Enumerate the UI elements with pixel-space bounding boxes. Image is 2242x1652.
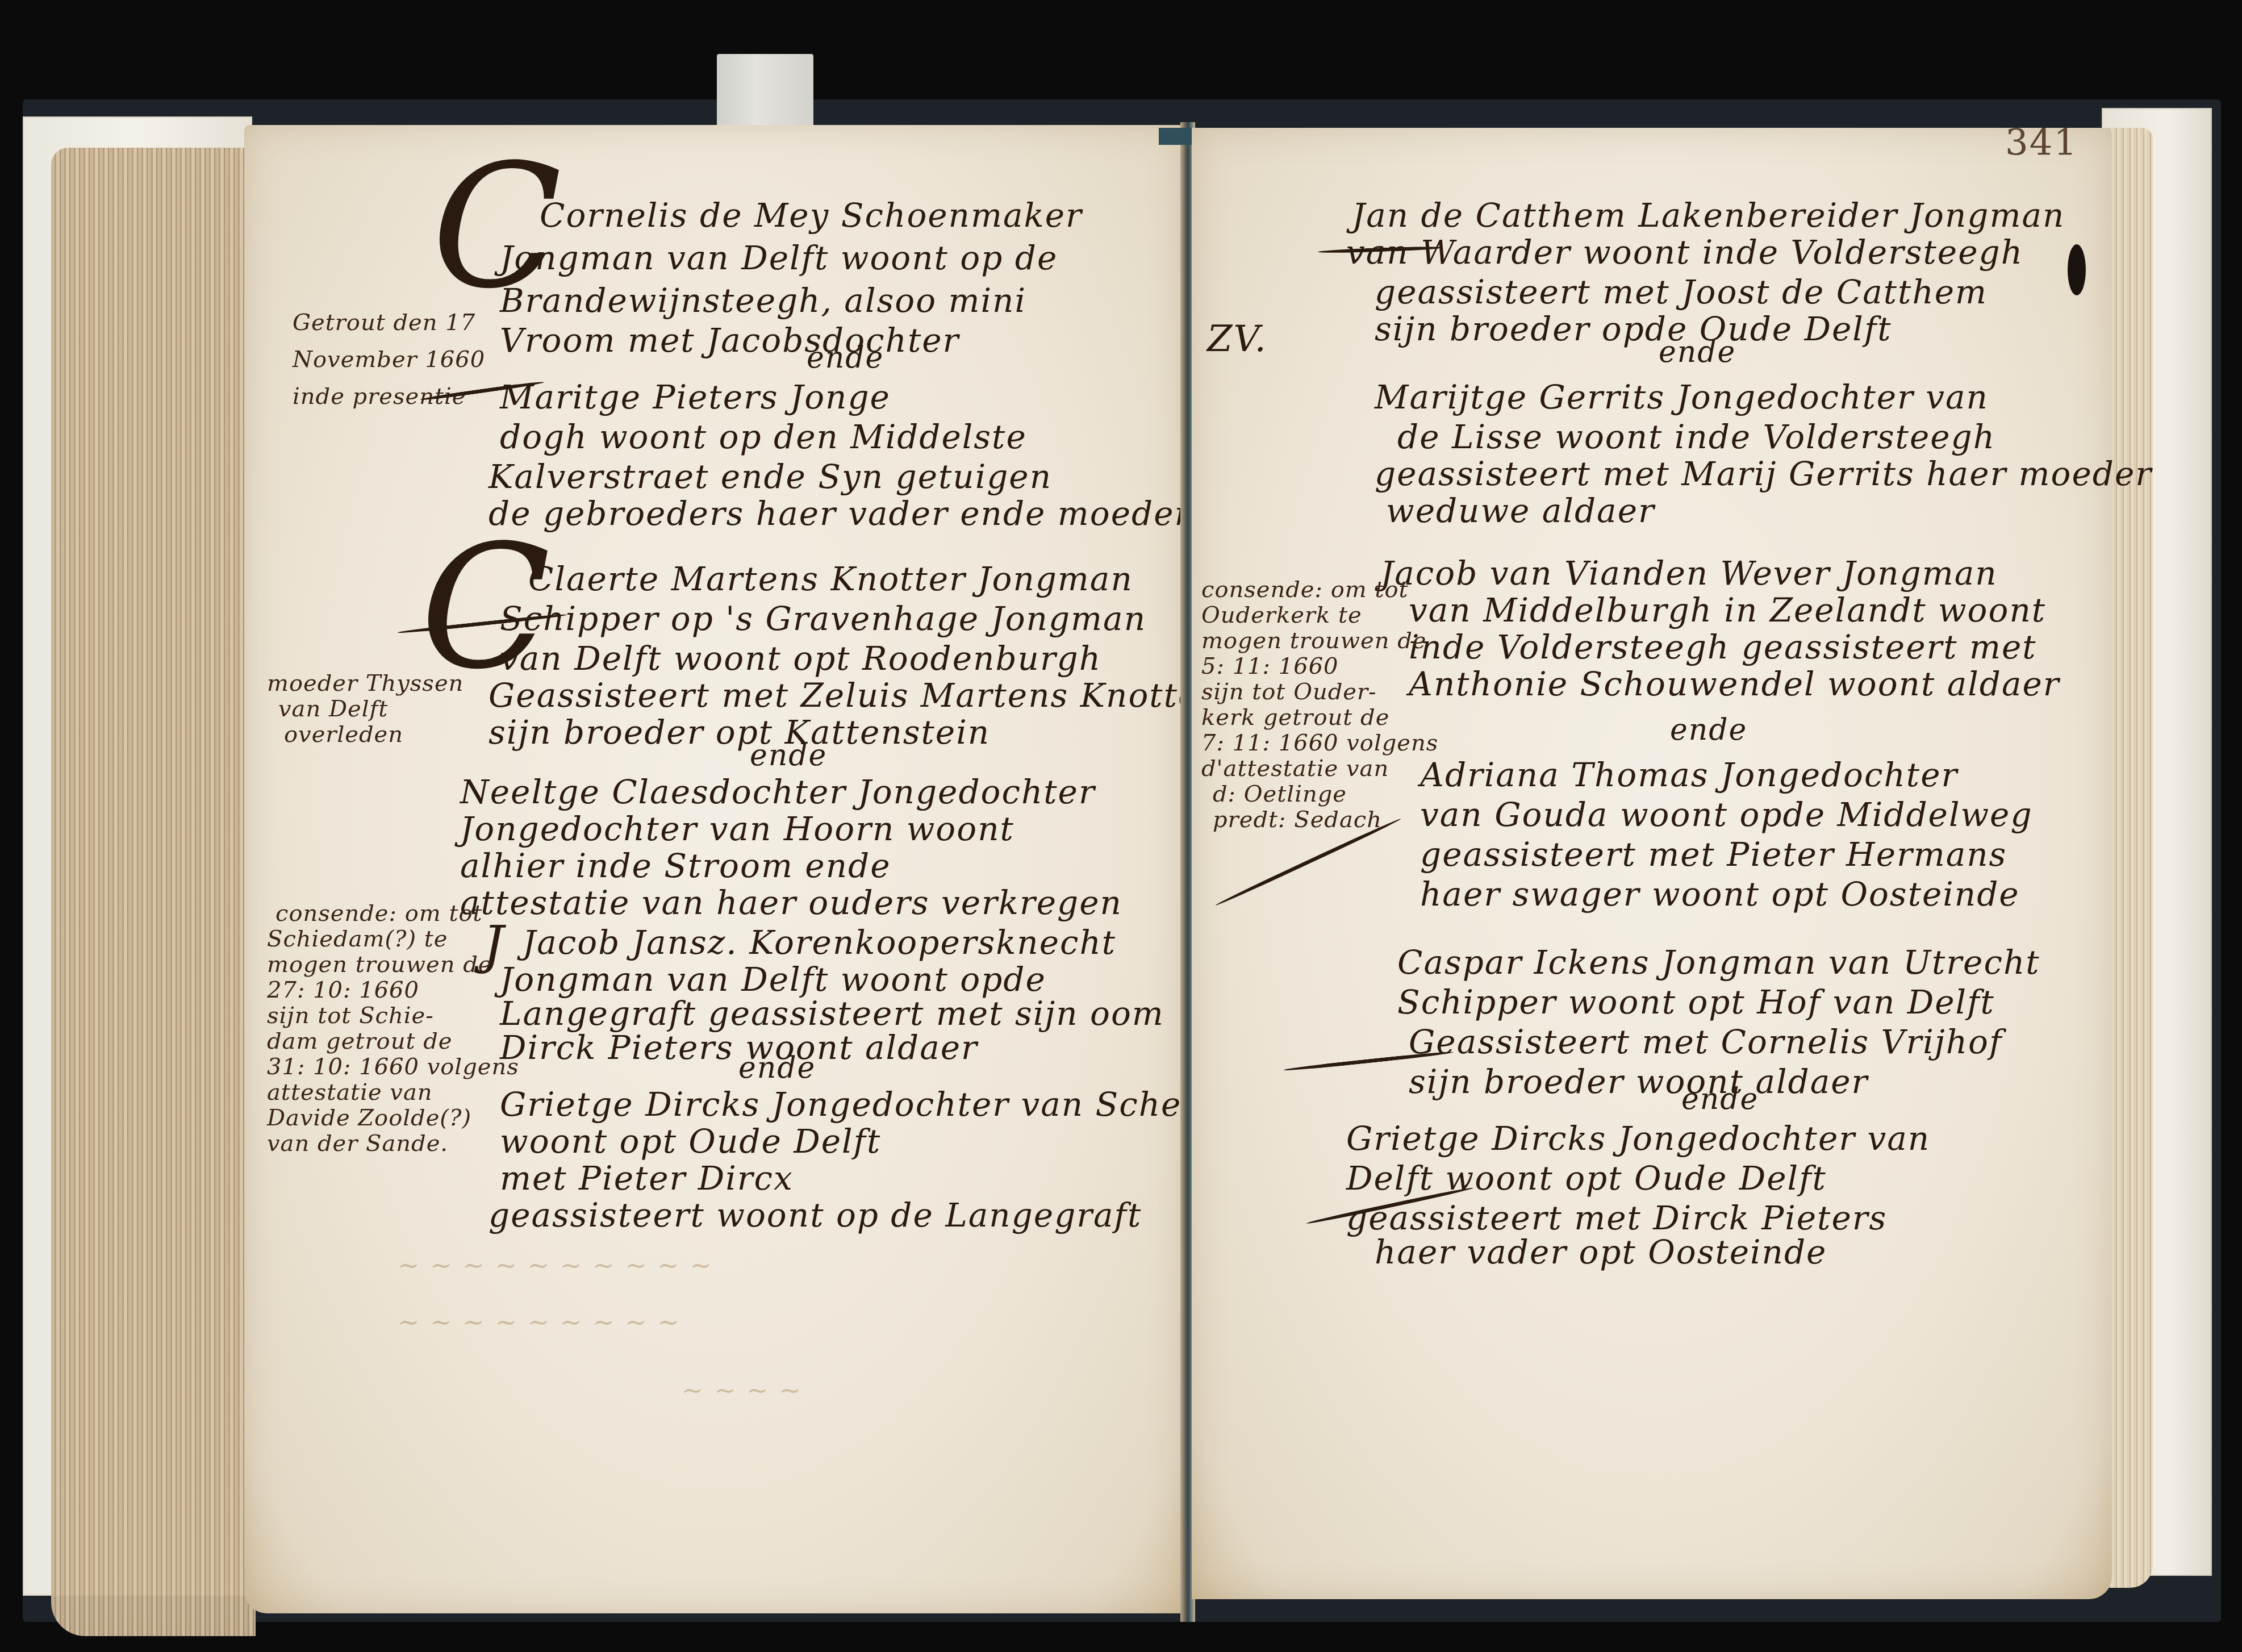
margin-note: mogen trouwen de bbox=[1201, 628, 1426, 654]
margin-note: 27: 10: 1660 bbox=[267, 977, 419, 1003]
entry-line: Geassisteert met Cornelis Vrijhof bbox=[1409, 1023, 2002, 1061]
bleed-through-text: ~ ~ ~ ~ ~ ~ ~ ~ ~ ~ bbox=[398, 1250, 713, 1280]
entry-line: van Waarder woont inde Voldersteegh bbox=[1346, 233, 2023, 272]
entry-line: Jacob Jansz. Korenkoopersknecht bbox=[523, 923, 1116, 962]
entry-line: Schipper op 's Gravenhage Jongman bbox=[500, 599, 1146, 638]
entry-line: dogh woont op den Middelste bbox=[500, 418, 1027, 456]
margin-note: 5: 11: 1660 bbox=[1201, 653, 1339, 679]
margin-note: November 1660 bbox=[293, 347, 485, 373]
entry-line: Jongedochter van Hoorn woont bbox=[460, 810, 1014, 848]
ende-connector: ende bbox=[738, 1051, 816, 1085]
entry-line: Claerte Martens Knotter Jongman bbox=[528, 560, 1133, 598]
margin-note: overleden bbox=[284, 721, 403, 748]
entry-line: geassisteert met Pieter Hermans bbox=[1420, 835, 2007, 874]
bleed-through-text: ~ ~ ~ ~ ~ ~ ~ ~ ~ bbox=[398, 1307, 680, 1337]
margin-note: predt: Sedach bbox=[1213, 807, 1382, 833]
entry-line: geassisteert woont op de Langegraft bbox=[489, 1196, 1142, 1234]
margin-note: d'attestatie van bbox=[1201, 756, 1389, 782]
margin-note: d: Oetlinge bbox=[1213, 781, 1347, 807]
entry-line: van Middelburgh in Zeelandt woont bbox=[1409, 591, 2046, 629]
entry-line: sijn broeder woont aldaer bbox=[1409, 1062, 1868, 1101]
entry-line: Jan de Catthem Lakenbereider Jongman bbox=[1352, 196, 2065, 235]
entry-line: inde Voldersteegh geassisteert met bbox=[1409, 628, 2037, 666]
entry-line: sijn broeder opde Oude Delft bbox=[1375, 310, 1892, 348]
ende-connector: ende bbox=[750, 739, 827, 773]
entry-line: Delft woont opt Oude Delft bbox=[1346, 1159, 1827, 1198]
entry-line: Anthonie Schouwendel woont aldaer bbox=[1409, 665, 2060, 703]
entry-line: Kalverstraet ende Syn getuigen bbox=[489, 457, 1052, 496]
ende-connector: ende bbox=[1681, 1082, 1759, 1116]
entry-line: Marijtge Gerrits Jongedochter van bbox=[1375, 378, 1989, 416]
entry-line: alhier inde Stroom ende bbox=[460, 846, 891, 885]
margin-note: sijn tot Ouder- bbox=[1201, 679, 1377, 705]
ende-connector: ende bbox=[807, 341, 884, 375]
margin-note: consende: om tot bbox=[275, 900, 483, 927]
entry-line: Neeltge Claesdochter Jongedochter bbox=[460, 773, 1096, 811]
margin-note: kerk getrout de bbox=[1201, 704, 1389, 731]
entry-line: Geassisteert met Zeluis Martens Knotter bbox=[489, 676, 1216, 715]
margin-note: attestatie van bbox=[267, 1079, 433, 1105]
page-edges-left bbox=[51, 148, 256, 1636]
entry-line: Cornelis de Mey Schoenmaker bbox=[540, 196, 1083, 235]
entry-line: haer swager woont opt Oosteinde bbox=[1420, 875, 2020, 913]
entry-line: haer vader opt Oosteinde bbox=[1375, 1233, 1827, 1271]
folio-number: 341 bbox=[2005, 122, 2078, 164]
entry-line: Schipper woont opt Hof van Delft bbox=[1397, 983, 1995, 1021]
ende-connector: ende bbox=[1670, 713, 1747, 747]
entry-line: attestatie van haer ouders verkregen bbox=[460, 883, 1122, 922]
entry-line: woont opt Oude Delft bbox=[500, 1122, 881, 1161]
ink-blot bbox=[2068, 244, 2086, 295]
entry-line: Caspar Ickens Jongman van Utrecht bbox=[1397, 943, 2040, 982]
entry-line: de Lisse woont inde Voldersteegh bbox=[1397, 418, 1995, 456]
entry-line: van Delft woont opt Roodenburgh bbox=[500, 639, 1101, 678]
entry-line: Jongman van Delft woont op de bbox=[500, 239, 1058, 277]
entry-line: geassisteert met Dirck Pieters bbox=[1346, 1199, 1887, 1237]
entry-line: weduwe aldaer bbox=[1386, 491, 1655, 530]
margin-note: Davide Zoolde(?) bbox=[267, 1105, 471, 1131]
entry-line: van Gouda woont opde Middelweg bbox=[1420, 795, 2033, 834]
entry-line: sijn broeder opt Kattenstein bbox=[489, 713, 990, 752]
entry-line: geassisteert met Marij Gerrits haer moed… bbox=[1375, 454, 2152, 493]
entry-line: Vroom met Jacobsdochter bbox=[500, 321, 959, 360]
ende-connector: ende bbox=[1659, 335, 1736, 369]
margin-note: Getrout den 17 bbox=[293, 310, 475, 336]
entry-line: de gebroeders haer vader ende moeder bbox=[489, 494, 1191, 533]
margin-note: Schiedam(?) te bbox=[267, 926, 448, 952]
entry-line: Maritge Pieters Jonge bbox=[500, 378, 891, 416]
margin-note: sijn tot Schie- bbox=[267, 1003, 434, 1029]
margin-note: 7: 11: 1660 volgens bbox=[1201, 730, 1438, 756]
entry-line: Brandewijnsteegh, alsoo mini bbox=[500, 281, 1026, 320]
margin-note: Ouderkerk te bbox=[1201, 602, 1362, 628]
entry-line: Grietge Dircks Jongedochter van bbox=[1346, 1119, 1930, 1158]
margin-note: van Delft bbox=[278, 696, 388, 722]
margin-note: van der Sande. bbox=[267, 1130, 448, 1157]
margin-note: mogen trouwen de bbox=[267, 952, 492, 978]
entry-line: met Pieter Dircx bbox=[500, 1159, 794, 1198]
bleed-through-text: ~ ~ ~ ~ bbox=[682, 1375, 802, 1405]
margin-note: 31: 10: 1660 volgens bbox=[267, 1054, 519, 1080]
margin-note: moeder Thyssen bbox=[267, 670, 464, 696]
margin-mark: ZV. bbox=[1207, 318, 1267, 360]
entry-line: geassisteert met Joost de Catthem bbox=[1375, 273, 1988, 311]
margin-note: dam getrout de bbox=[267, 1028, 452, 1054]
margin-note: consende: om tot bbox=[1201, 577, 1409, 603]
entry-line: Langegraft geassisteert met sijn oom bbox=[500, 994, 1164, 1033]
entry-line: Jacob van Vianden Wever Jongman bbox=[1380, 554, 1998, 593]
entry-line: Jongman van Delft woont opde bbox=[500, 960, 1046, 999]
entry-line: Adriana Thomas Jongedochter bbox=[1420, 756, 1958, 794]
